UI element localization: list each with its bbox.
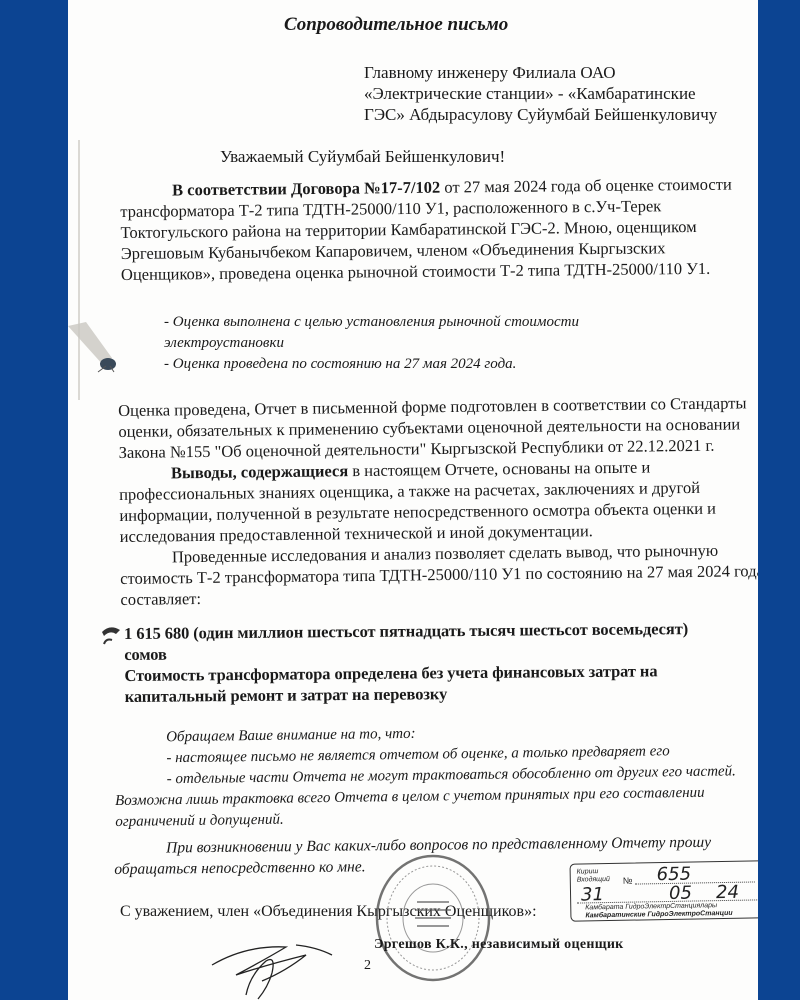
paragraph-analysis: Проведенные исследования и анализ позвол… [120,539,758,610]
paragraph-standards-block: Оценка проведена, Отчет в письменной фор… [118,392,758,610]
purpose-bullets: - Оценка выполнена с целью установления … [164,312,579,375]
notes-block: Обращаем Ваше внимание на то, что: - нас… [114,719,758,833]
paragraph-lead: Выводы, содержащиеся [171,461,349,482]
paragraph-conclusions: Выводы, содержащиеся в настоящем Отчете,… [119,455,758,547]
signer-name: Эргешов К.К., независимый оценщик [374,937,624,953]
valuation-amount: 1 615 680 (один миллион шестьсот пятнадц… [124,618,689,707]
addressee-line: Главному инженеру Филиала ОАО [364,62,717,83]
addressee-block: Главному инженеру Филиала ОАО «Электриче… [364,62,717,125]
bullet-line: - Оценка проведена по состоянию на 27 ма… [164,354,579,375]
addressee-line: ГЭС» Абдырасулову Суйумбай Бейшенкулович… [364,104,717,125]
salutation: Уважаемый Суйумбай Бейшенкулович! [220,147,505,167]
handwritten-signature [206,925,336,1000]
paper-clip-icon [100,622,126,648]
notes-item: - отдельные части Отчета не могут тракто… [115,761,758,833]
paragraph-lead: В соответствии Договора №17-7/102 [172,178,440,200]
amount-note: капитальный ремонт и затрат на перевозку [125,681,689,707]
scanned-letter-page: Сопроводительное письмо Главному инженер… [68,0,758,1000]
paragraph-text: Проведенные исследования и анализ позвол… [120,541,758,609]
page-number: 2 [364,958,371,974]
bullet-line: электроустановки [164,333,579,354]
addressee-line: «Электрические станции» - «Камбаратински… [364,83,717,104]
incoming-registration-stamp: Кириш Входящий № 655 31 05 24 Камбарата … [570,860,758,921]
bullet-line: - Оценка выполнена с целью установления … [164,312,579,333]
letter-title: Сопроводительное письмо [284,14,508,36]
paragraph-contract: В соответствии Договора №17-7/102 от 27 … [120,173,758,285]
round-seal-icon [373,852,493,984]
paragraph-standards: Оценка проведена, Отчет в письменной фор… [118,392,758,463]
paper-clip-icon [68,320,128,380]
